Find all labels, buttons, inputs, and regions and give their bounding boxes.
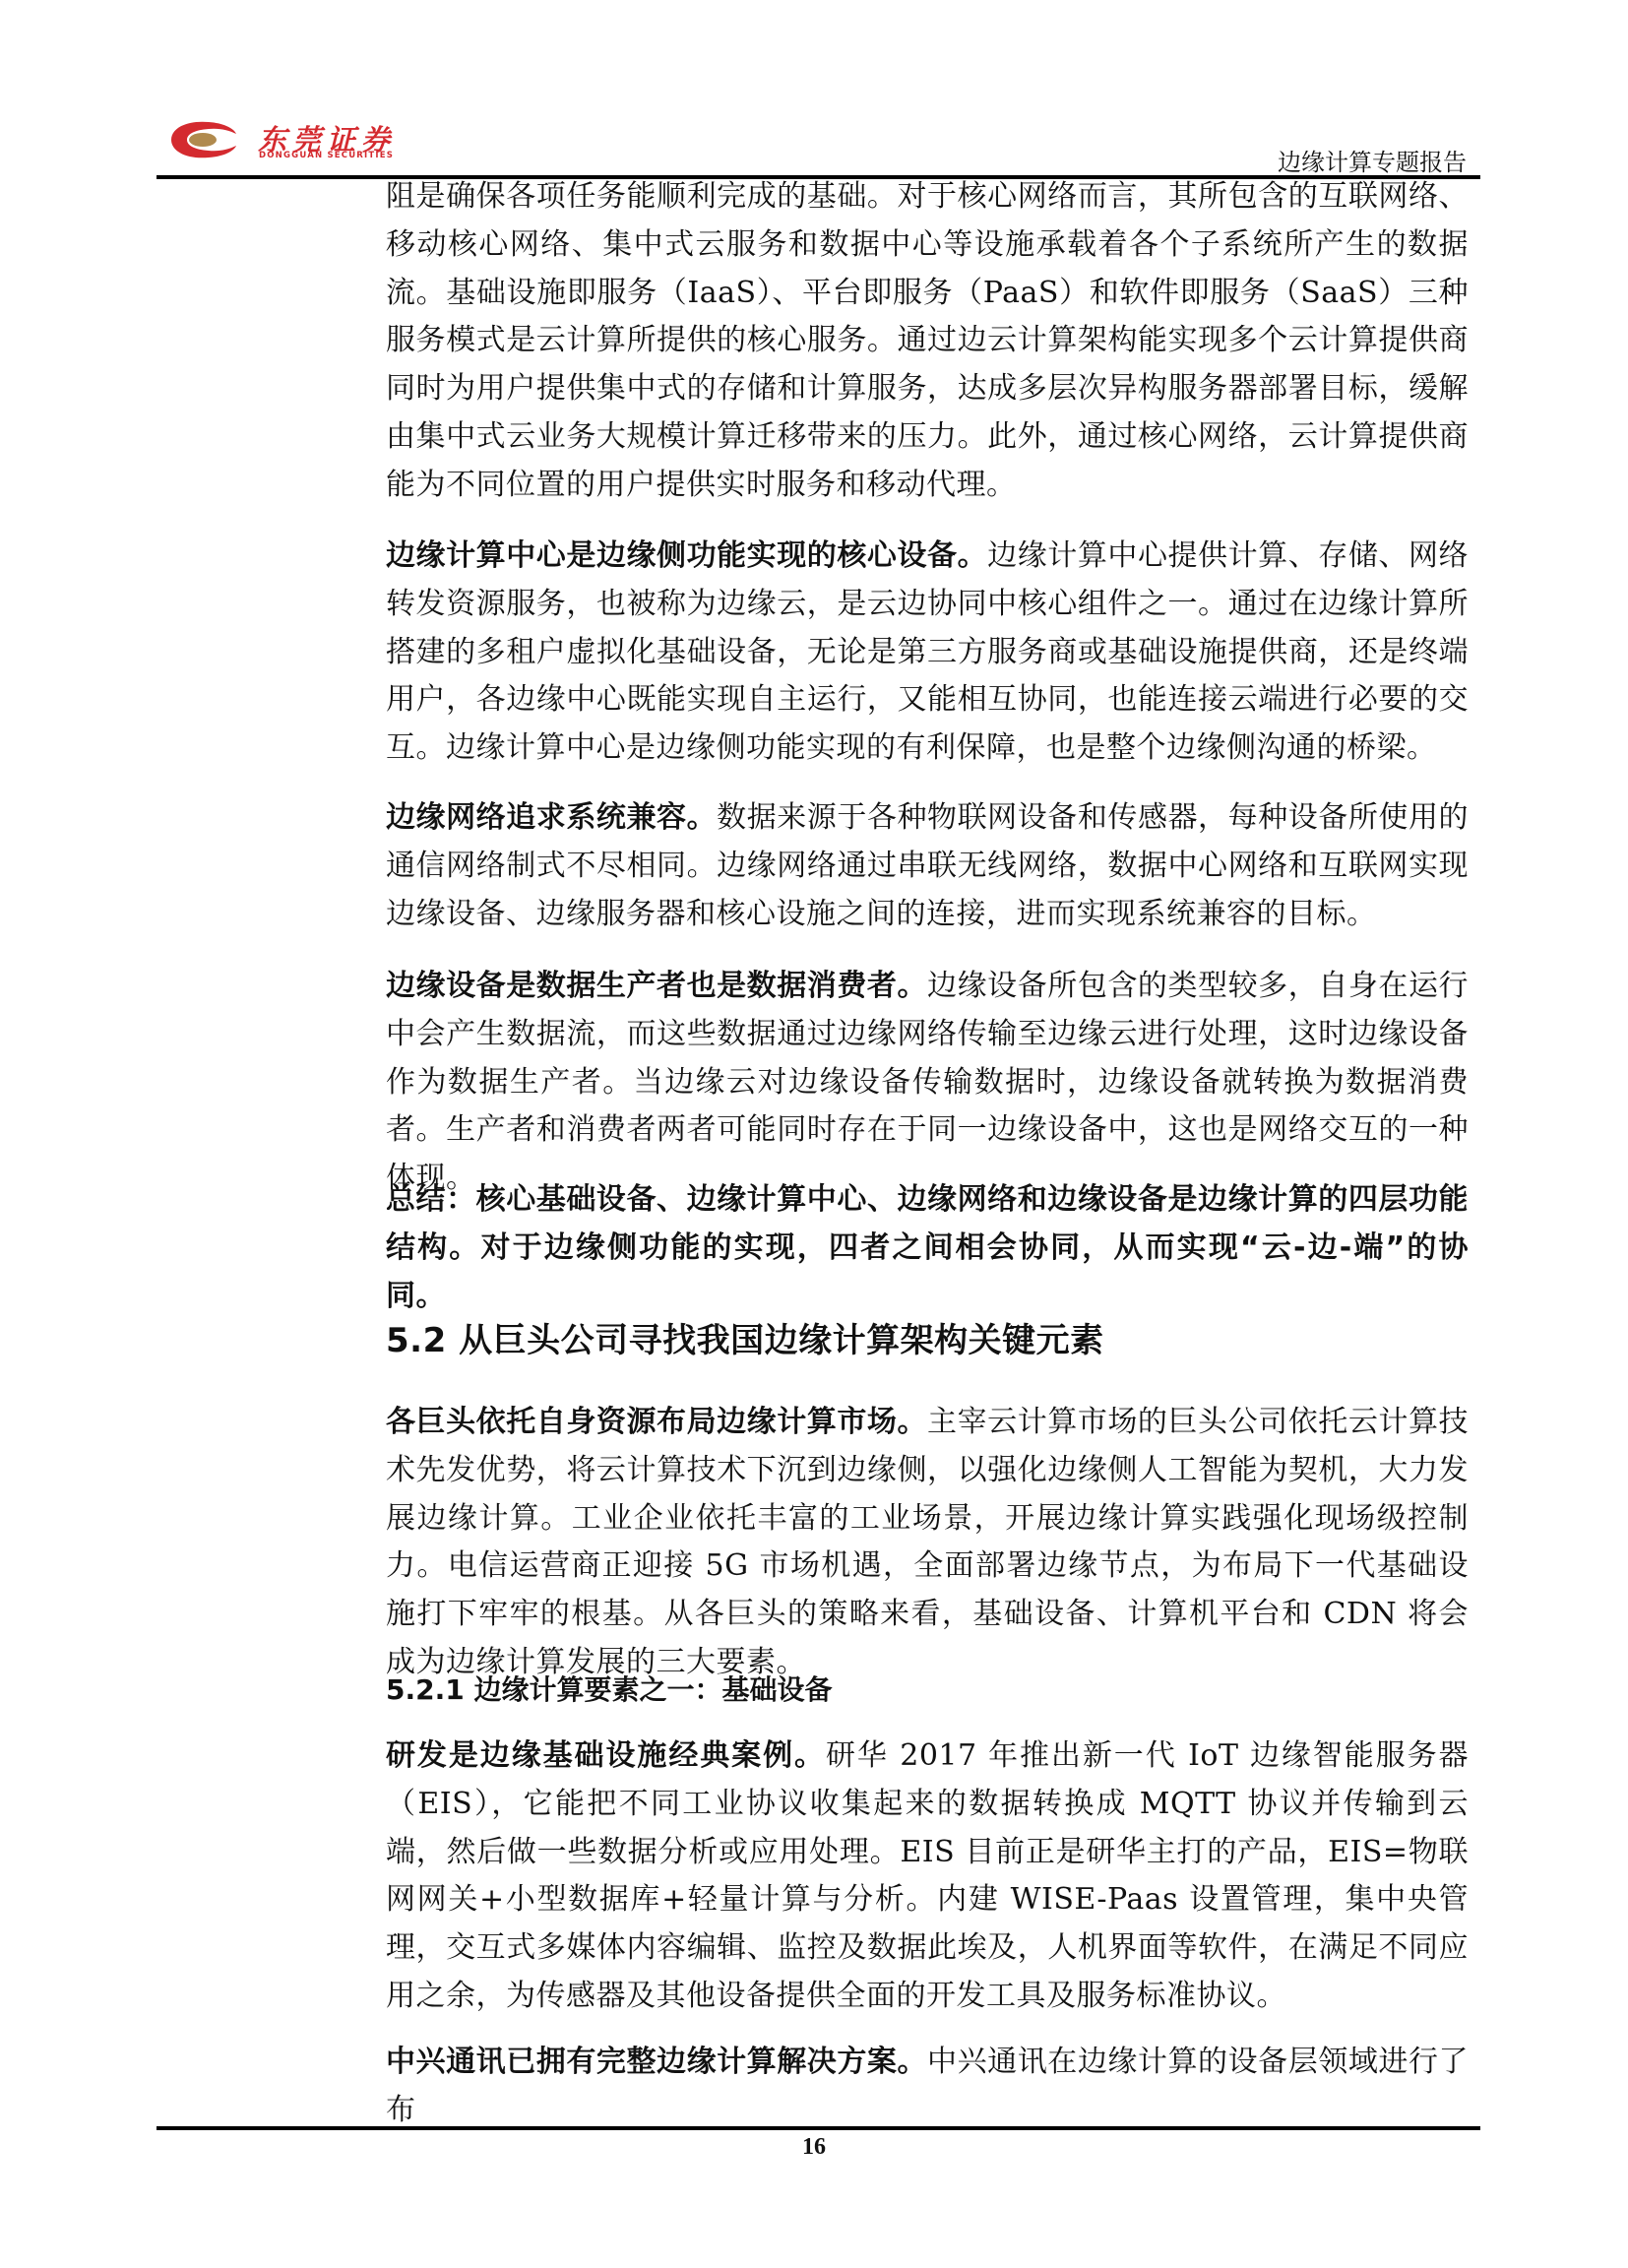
report-title: 边缘计算专题报告 bbox=[1278, 143, 1467, 177]
paragraph-summary: 总结：核心基础设备、边缘计算中心、边缘网络和边缘设备是边缘计算的四层功能结构。对… bbox=[386, 1176, 1469, 1320]
paragraph-text: 阻是确保各项任务能顺利完成的基础。对于核心网络而言，其所包含的互联网络、移动核心… bbox=[386, 179, 1469, 502]
paragraph-text: 主宰云计算市场的巨头公司依托云计算技术先发优势，将云计算技术下沉到边缘侧，以强化… bbox=[386, 1405, 1469, 1679]
logo-swoosh-icon bbox=[169, 120, 248, 159]
section-heading-5-2: 5.2 从巨头公司寻找我国边缘计算架构关键元素 bbox=[386, 1313, 1104, 1361]
paragraph-lead: 边缘设备是数据生产者也是数据消费者。 bbox=[386, 969, 927, 1003]
page-number: 16 bbox=[0, 2134, 1628, 2161]
paragraph-lead: 边缘计算中心是边缘侧功能实现的核心设备。 bbox=[386, 538, 987, 573]
subsection-heading-5-2-1: 5.2.1 边缘计算要素之一：基础设备 bbox=[386, 1669, 832, 1708]
paragraph-edge-devices: 边缘设备是数据生产者也是数据消费者。边缘设备所包含的类型较多，自身在运行中会产生… bbox=[386, 963, 1469, 1203]
paragraph-zte: 中兴通讯已拥有完整边缘计算解决方案。中兴通讯在边缘计算的设备层领域进行了布 bbox=[386, 2039, 1469, 2135]
footer-rule bbox=[157, 2126, 1480, 2130]
paragraph-text: 研华 2017 年推出新一代 IoT 边缘智能服务器（EIS），它能把不同工业协… bbox=[386, 1738, 1469, 2013]
paragraph-lead: 各巨头依托自身资源布局边缘计算市场。 bbox=[386, 1405, 927, 1439]
paragraph-lead: 边缘网络追求系统兼容。 bbox=[386, 800, 717, 835]
logo-en-text: DONGGUAN SECURITIES bbox=[259, 151, 394, 160]
paragraph-advantech: 研发是边缘基础设施经典案例。研华 2017 年推出新一代 IoT 边缘智能服务器… bbox=[386, 1732, 1469, 2021]
paragraph-edge-network: 边缘网络追求系统兼容。数据来源于各种物联网设备和传感器，每种设备所使用的通信网络… bbox=[386, 794, 1469, 938]
paragraph-lead: 中兴通讯已拥有完整边缘计算解决方案。 bbox=[386, 2045, 927, 2079]
paragraph-core-network: 阻是确保各项任务能顺利完成的基础。对于核心网络而言，其所包含的互联网络、移动核心… bbox=[386, 173, 1469, 510]
summary-text: 总结：核心基础设备、边缘计算中心、边缘网络和边缘设备是边缘计算的四层功能结构。对… bbox=[386, 1182, 1469, 1313]
paragraph-giants: 各巨头依托自身资源布局边缘计算市场。主宰云计算市场的巨头公司依托云计算技术先发优… bbox=[386, 1399, 1469, 1687]
company-logo: 东莞证券 DONGGUAN SECURITIES bbox=[169, 120, 425, 161]
paragraph-edge-center: 边缘计算中心是边缘侧功能实现的核心设备。边缘计算中心提供计算、存储、网络转发资源… bbox=[386, 533, 1469, 773]
paragraph-lead: 研发是边缘基础设施经典案例。 bbox=[386, 1738, 826, 1773]
